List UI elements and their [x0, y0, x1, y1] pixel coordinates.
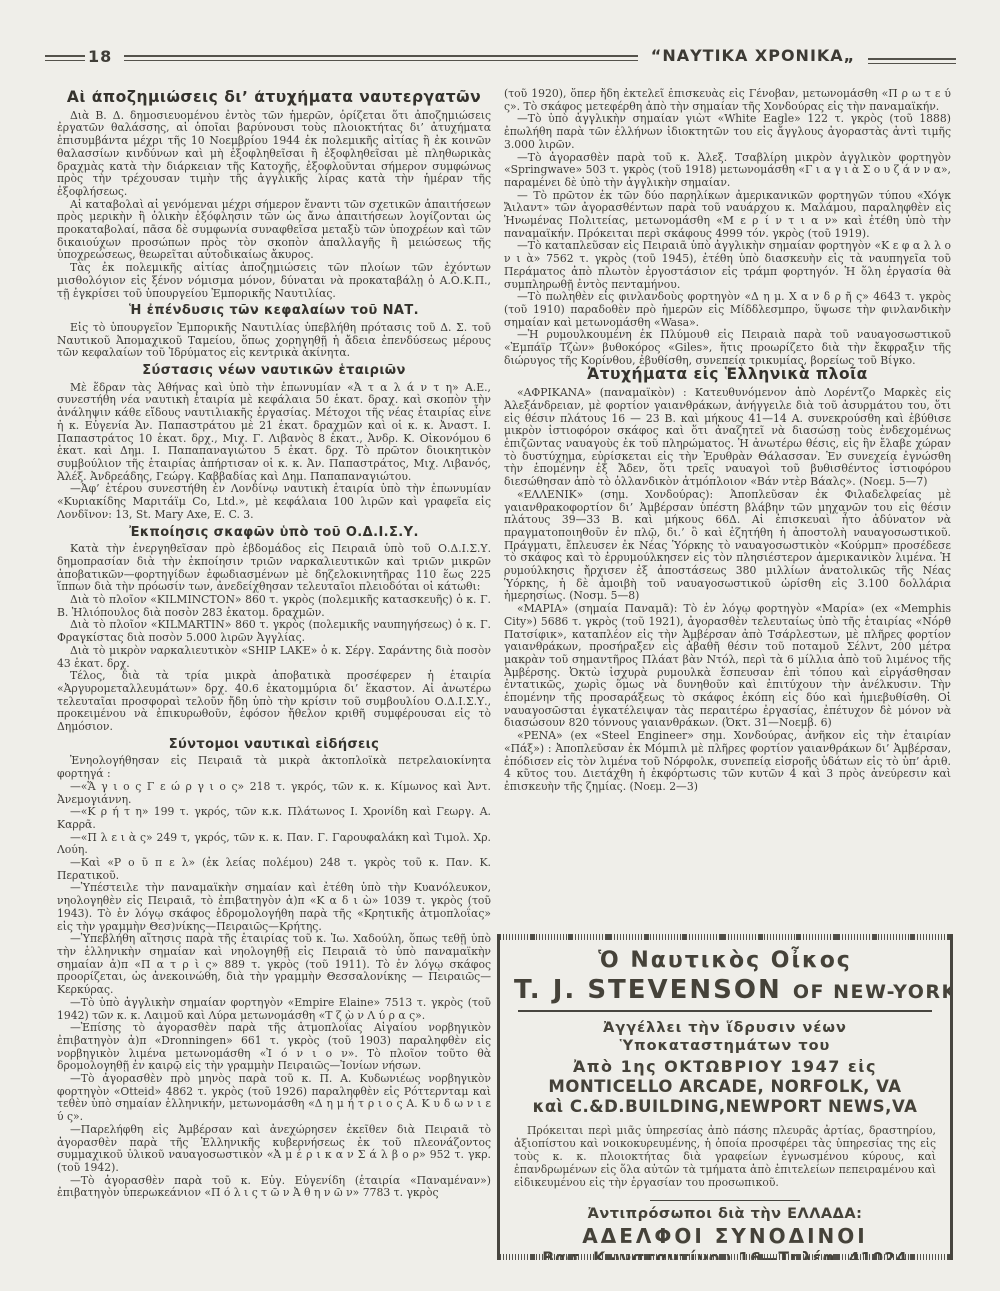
section-heading: Σύντομοι ναυτικαὶ εἰδήσεις	[57, 739, 491, 752]
article-paragraph: «ΡΕΝΑ» (ex «Steel Engineer» σημ. Χονδούρ…	[504, 730, 951, 794]
ad-box: Ὁ Ναυτικὸς Οἶκος T. J. STEVENSON OF NEW-…	[497, 934, 953, 1260]
article-paragraph: —Ἀφ’ ἑτέρου συνεστήθη ἐν Λονδίνῳ ναυτικὴ…	[57, 483, 491, 521]
ad-announce-line-2: Ὑποκαταστημάτων του	[514, 1038, 936, 1056]
article-paragraph: Διὰ τὸ πλοῖον «KILMINCTON» 860 τ. γκρὸς …	[57, 594, 491, 619]
article-paragraph: Ἐνηολογήθησαν εἰς Πειραιᾶ τὰ μικρὰ ἀκτοπ…	[57, 755, 491, 780]
article-paragraph: Διὰ τὸ πλοῖον «KILMARTIN» 860 τ. γκρὸς (…	[57, 619, 491, 644]
ad-title-latin: T. J. STEVENSON OF NEW-YORK	[514, 975, 936, 1005]
masthead-title: “ΝΑΥΤΙΚΑ ΧΡΟΝΙΚΑ„	[642, 46, 864, 65]
article-paragraph: Μὲ ἕδραν τὰς Ἀθήνας καὶ ὑπὸ τὴν ἐπωνυμία…	[57, 382, 491, 484]
ad-agents-label: Ἀντιπρόσωποι διὰ τὴν ΕΛΛΑΔΑ:	[514, 1206, 936, 1222]
page-number: 18	[88, 47, 112, 66]
ad-body-paragraph: Πρόκειται περὶ μιᾶς ὑπηρεσίας ἀπὸ πάσης …	[514, 1124, 936, 1189]
article-paragraph: (τοῦ 1920), ὅπερ ἤδη ἐκτελεῖ ἐπισκευὰς ε…	[504, 88, 951, 113]
ad-address-line-1: MONTICELLO ARCADE, NORFOLK, VA	[514, 1077, 936, 1097]
article-paragraph: —«Ἅ γ ι ο ς Γ ε ώ ρ γ ι ο ς» 218 τ. γκρό…	[57, 781, 491, 806]
article-paragraph: —Τὸ ἀγορασθὲν πρὸ μηνὸς παρὰ τοῦ κ. Π. Α…	[57, 1073, 491, 1124]
section-heading: Ἡ ἐπένδυσις τῶν κεφαλαίων τοῦ ΝΑΤ.	[57, 305, 491, 318]
article-paragraph: —Καὶ «Ρ ο ῦ π ε λ» (ἐκ λείας πολέμου) 24…	[57, 857, 491, 882]
article-paragraph: —Τὸ ἀγορασθὲν παρὰ τοῦ κ. Εὐγ. Εὐγενίδη …	[57, 1175, 491, 1200]
ad-date-line: Ἀπὸ 1ης ΟΚΤΩΒΡΙΟΥ 1947 εἰς	[514, 1057, 936, 1077]
article-paragraph: Διὰ Β. Δ. δημοσιευομένου ἐντὸς τῶν ἡμερῶ…	[57, 110, 491, 199]
ad-border-ornament-bottom	[497, 1254, 953, 1260]
article-paragraph: —«Κ ρ ή τ η» 199 τ. γκρός, τῶν κ.κ. Πλάτ…	[57, 806, 491, 831]
article-paragraph: Κατὰ τὴν ἐνεργηθεῖσαν πρὸ ἑβδομάδος εἰς …	[57, 543, 491, 594]
article-paragraph: —Ὑπέστειλε τὴν παναμαϊκὴν σημαίαν καὶ ἐτ…	[57, 882, 491, 933]
right-column: (τοῦ 1920), ὅπερ ἤδη ἐκτελεῖ ἐπισκευὰς ε…	[504, 88, 951, 932]
article-paragraph: —Τὸ ὑπὸ ἀγγλικὴν σημαίαν φορτηγὸν «Empir…	[57, 997, 491, 1022]
article-title: Αἱ ἀποζημιώσεις δι’ ἀτυχήματα ναυτεργατῶ…	[57, 91, 491, 104]
ad-company-location: OF NEW-YORK	[793, 981, 953, 1003]
article-paragraph: Τὰς ἐκ πολεμικῆς αἰτίας ἀποζημιώσεις τῶν…	[57, 262, 491, 300]
article-paragraph: —Τὸ πωληθὲν εἰς φινλανδοὺς φορτηγὸν «Δ η…	[504, 291, 951, 329]
left-column: Αἱ ἀποζημιώσεις δι’ ἀτυχήματα ναυτεργατῶ…	[57, 90, 491, 1288]
article-paragraph: —Ἡ ρυμουλκουμένη ἐκ Πλύμουθ εἰς Πειραιὰ …	[504, 329, 951, 367]
header-rule-left	[45, 55, 85, 61]
article-paragraph: —Ὑπεβλήθη αἴτησις παρὰ τῆς ἑταιρίας τοῦ …	[57, 933, 491, 997]
magazine-page: 18 “ΝΑΥΤΙΚΑ ΧΡΟΝΙΚΑ„ Αἱ ἀποζημιώσεις δι’…	[0, 0, 1000, 1291]
header-rule-right	[868, 58, 956, 64]
ad-address-line-2: καὶ C.&D.BUILDING,NEWPORT NEWS,VA	[514, 1097, 936, 1117]
article-paragraph: —Τὸ ἀγορασθὲν παρὰ τοῦ κ. Ἀλεξ. Τσαβλίρη…	[504, 152, 951, 190]
article-paragraph: —Παρελήφθη εἰς Ἀμβέρσαν καὶ ἀνεχώρησεν ἐ…	[57, 1124, 491, 1175]
article-paragraph: «ΜΑΡΙΑ» (σημαία Παναμᾶ): Τὸ ἐν λόγῳ φορτ…	[504, 603, 951, 730]
ad-agents-name: ΑΔΕΛΦΟΙ ΣΥΝΟΔΙΝΟΙ	[514, 1224, 936, 1248]
section-heading: Σύστασις νέων ναυτικῶν ἑταιριῶν	[57, 365, 491, 378]
article-paragraph: Τέλος, διὰ τὰ τρία μικρὰ ἀποβατικὰ προσέ…	[57, 670, 491, 734]
article-paragraph: Αἱ καταβολαὶ αἱ γενόμεναι μέχρι σήμερον …	[57, 199, 491, 263]
article-paragraph: —Ἐπίσης τὸ ἀγορασθὲν παρὰ τῆς ἀτμοπλοΐας…	[57, 1022, 491, 1073]
article-paragraph: —Τὸ ὑπὸ ἀγγλικὴν σημαίαν γιὼτ «White Eag…	[504, 113, 951, 151]
article-paragraph: Διὰ τὸ μικρὸν ναρκαλιευτικὸν «SHIP LAKE»…	[57, 645, 491, 670]
header-rule-center	[124, 55, 638, 61]
ad-announce-line-1: Ἀγγέλλει τὴν ἵδρυσιν νέων	[514, 1020, 936, 1038]
ad-separator-rule	[650, 1200, 800, 1201]
article-paragraph: «ΑΦΡΙΚΑΝΑ» (παναμαϊκὸν) : Κατευθυνόμενον…	[504, 387, 951, 489]
right-column-articles: (τοῦ 1920), ὅπερ ἤδη ἐκτελεῖ ἐπισκευὰς ε…	[504, 88, 951, 932]
ad-border-ornament-top	[497, 934, 953, 940]
article-paragraph: Εἰς τὸ ὑπουργεῖον Ἐμπορικῆς Ναυτιλίας ὑπ…	[57, 322, 491, 360]
ad-company-name: T. J. STEVENSON	[514, 975, 782, 1005]
article-paragraph: —«Π λ ε ι ὰ ς» 249 τ, γκρός, τῶν κ. κ. Π…	[57, 832, 491, 857]
article-paragraph: — Τὸ πρῶτον ἐκ τῶν δύο παρηλίκων ἀμερικα…	[504, 190, 951, 241]
ad-title-greek: Ὁ Ναυτικὸς Οἶκος	[514, 948, 936, 973]
article-paragraph: «ΕΛΛΕΝΙΚ» (σημ. Χονδούρας): Ἀποπλεῦσαν ἐ…	[504, 489, 951, 603]
section-heading: Ἐκποίησις σκαφῶν ὑπὸ τοῦ Ο.Δ.Ι.Σ.Υ.	[57, 527, 491, 540]
article-paragraph: —Τὸ καταπλεῦσαν εἰς Πειραιᾶ ὑπὸ ἀγγλικὴν…	[504, 240, 951, 291]
ad-title-underline	[518, 1010, 932, 1012]
article-title: Ἀτυχήματα εἰς Ἑλληνικὰ πλοῖα	[504, 368, 951, 381]
